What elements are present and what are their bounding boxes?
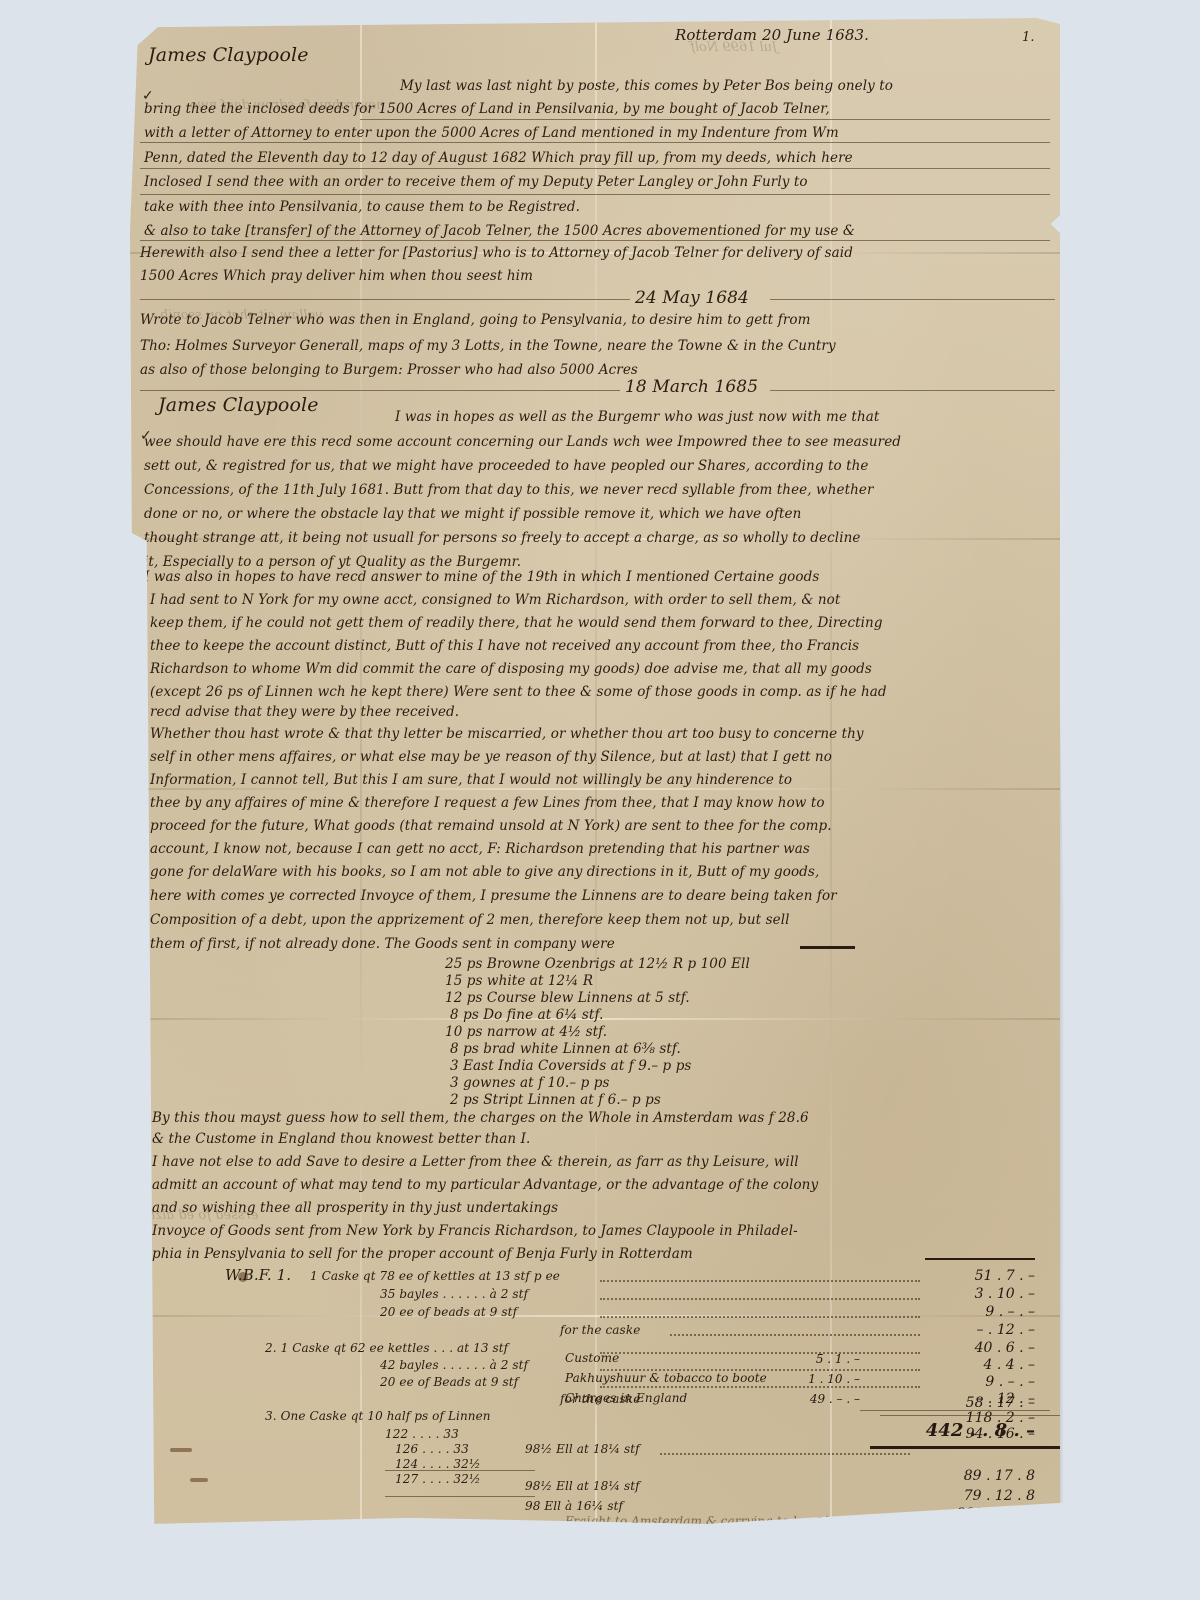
ink-stroke — [800, 946, 855, 949]
letter-line: I was also in hopes to have recd answer … — [144, 571, 819, 585]
ruled-line — [140, 168, 1050, 169]
letter-line: wee should have ere this recd some accou… — [144, 436, 901, 450]
invoice-row-amount: 9 . – . – — [920, 1304, 1035, 1320]
leader-dots — [600, 1280, 920, 1282]
goods-item: 8 ps brad white Linnen at 6⅜ stf. — [450, 1043, 681, 1057]
letter-line: Concessions, of the 11th July 1681. Butt… — [144, 484, 874, 498]
ink-stroke — [925, 1258, 1035, 1260]
ruled-line — [140, 299, 630, 300]
goods-item: 3 gownes at f 10.– p ps — [450, 1077, 609, 1091]
invoice-row-label: 2. 1 Caske qt 62 ee kettles . . . at 13 … — [265, 1342, 508, 1354]
letter-line: & the Custome in England thou knowest be… — [152, 1133, 530, 1147]
linen-total: 333 . 11 . – — [920, 1506, 1035, 1522]
invoice-row-amount: 3 . 10 . – — [920, 1286, 1035, 1302]
invoice-row-amount: 9 . – . – — [920, 1374, 1035, 1390]
linen-piece: 127 . . . . 32½ — [395, 1473, 481, 1485]
letter-line: keep them, if he could not gett them of … — [150, 617, 883, 631]
letter-line: thee to keepe the account distinct, Butt… — [150, 640, 859, 654]
linen-amount: 79 . 12 . 8 — [920, 1488, 1035, 1504]
letter-line: here with comes ye corrected Invoyce of … — [150, 890, 837, 904]
invoice-title: phia in Pensylvania to sell for the prop… — [152, 1248, 693, 1262]
invoice-row-label: 3. One Caske qt 10 half ps of Linnen — [265, 1410, 491, 1422]
ruled-line — [140, 142, 1050, 143]
letter-line: 1500 Acres Which pray deliver him when t… — [140, 270, 533, 284]
leader-dots — [600, 1316, 920, 1318]
letter-line: & also to take [transfer] of the Attorne… — [144, 225, 855, 239]
goods-item: 25 ps Browne Ozenbrigs at 12½ R p 100 El… — [445, 958, 750, 972]
letter-line: self in other mens affaires, or what els… — [150, 751, 832, 765]
letter-line: thee by any affaires of mine & therefore… — [150, 797, 825, 811]
goods-item: 10 ps narrow at 4½ stf. — [445, 1026, 607, 1040]
goods-item: 12 ps Course blew Linnens at 5 stf. — [445, 992, 690, 1006]
letter-date: 18 March 1685 — [625, 379, 758, 396]
letter-line: them of first, if not already done. The … — [150, 938, 615, 952]
entry-line: Wrote to Jacob Telner who was then in En… — [140, 314, 811, 328]
letter-line: Whether thou hast wrote & that thy lette… — [150, 728, 864, 742]
letter-line: account, I know not, because I can gett … — [150, 843, 810, 857]
leader-dots — [660, 1453, 910, 1455]
letter-line: I had sent to N York for my owne acct, c… — [150, 594, 840, 608]
leader-dots — [600, 1298, 920, 1300]
sum-line — [385, 1496, 535, 1497]
invoice-row-amount: 51 . 7 . – — [920, 1268, 1035, 1284]
invoice-mark: W.B.F. 1. — [225, 1268, 291, 1283]
invoice-row-label: 35 bayles . . . . . . à 2 stf — [380, 1288, 528, 1300]
invoice-row-label: 42 bayles . . . . . . à 2 stf — [380, 1359, 528, 1371]
letter-line: admitt an account of what may tend to my… — [152, 1179, 818, 1193]
ink-stroke — [170, 1448, 192, 1452]
ruled-line — [140, 194, 1050, 195]
linen-summary: 98½ Ell at 18¼ stf — [525, 1480, 640, 1492]
letter-line: thought strange att, it being not usuall… — [144, 532, 861, 546]
goods-item: 2 ps Stript Linnen at f 6.– p ps — [450, 1094, 661, 1108]
ruled-line — [140, 390, 620, 391]
leader-dots — [670, 1334, 920, 1336]
leader-dots — [600, 1386, 920, 1388]
letter-line: bring thee the inclosed deeds for 1500 A… — [144, 103, 830, 117]
letter-line: I have not else to add Save to desire a … — [152, 1156, 799, 1170]
invoice-title: Invoyce of Goods sent from New York by F… — [152, 1225, 798, 1239]
letter-line: Herewith also I send thee a letter for [… — [140, 247, 853, 261]
ruled-line — [770, 390, 1055, 391]
linen-summary: 98½ Ell at 18¼ stf — [525, 1443, 640, 1455]
linen-piece: 126 . . . . 33 — [395, 1443, 469, 1455]
letter-place-date: Rotterdam 20 June 1683. — [675, 28, 869, 43]
goods-item: 3 East India Coversids at f 9.– p ps — [450, 1060, 691, 1074]
underline — [360, 119, 1050, 120]
invoice-row-label: for the caske — [560, 1393, 640, 1405]
letter-line: with a letter of Attorney to enter upon … — [144, 127, 839, 141]
letter-line: Inclosed I send thee with an order to re… — [144, 176, 808, 190]
linen-piece: 122 . . . . 33 — [385, 1428, 459, 1440]
letter-line: and so wishing thee all prosperity in th… — [152, 1202, 558, 1216]
letter-line: Composition of a debt, upon the apprizem… — [150, 914, 790, 928]
invoice-subtotal: 94 . 16 . – — [920, 1426, 1035, 1442]
letter-line: By this thou mayst guess how to sell the… — [152, 1112, 809, 1126]
letter-line: take with thee into Pensilvania, to caus… — [144, 201, 580, 215]
entry-line: Tho: Holmes Surveyor Generall, maps of m… — [140, 340, 836, 354]
charge-amount: 3 . 6 . – — [785, 1515, 860, 1529]
invoice-row-amount: – . 12 . – — [920, 1322, 1035, 1338]
letter-line: sett out, & registred for us, that we mi… — [144, 460, 869, 474]
total-line — [860, 1526, 1050, 1528]
goods-item: 15 ps white at 12¼ R — [445, 975, 593, 989]
letter-line: Penn, dated the Eleventh day to 12 day o… — [144, 152, 853, 166]
linen-amount: 89 . 17 . 8 — [920, 1468, 1035, 1484]
letter-addressee: James Claypoole — [158, 396, 319, 415]
invoice-subtotal: 118 . 2 . – — [920, 1410, 1035, 1426]
invoice-row-label: for the caske — [560, 1324, 640, 1336]
invoice-row-amount: 40 . 6 . – — [920, 1340, 1035, 1356]
letter-line: I was in hopes as well as the Burgemr wh… — [395, 411, 879, 425]
entry-date: 24 May 1684 — [635, 290, 749, 307]
letter-line: Richardson to whome Wm did commit the ca… — [150, 663, 872, 677]
linen-piece: 124 . . . . 32½ — [395, 1458, 481, 1470]
letter-line: done or no, or where the obstacle lay th… — [144, 508, 801, 522]
page-number: 1. — [1022, 31, 1035, 44]
ink-stroke — [190, 1478, 208, 1482]
letter-line: (except 26 ps of Linnen wch he kept ther… — [150, 686, 887, 700]
manuscript-page: Jul 1699 Nolf noysrabnu fo sdrow daef nw… — [130, 18, 1060, 1533]
invoice-row-label: 20 ee of Beads at 9 stf — [380, 1376, 518, 1388]
entry-line: as also of those belonging to Burgem: Pr… — [140, 364, 638, 378]
letter-line: gone for delaWare with his books, so I a… — [150, 866, 819, 880]
linen-summary: 98 Ell à 16¼ stf — [525, 1500, 623, 1512]
ruled-line — [140, 240, 1050, 241]
invoice-row-label: 1 Caske qt 78 ee of kettles at 13 stf p … — [310, 1270, 560, 1282]
letter-line: Information, I cannot tell, But this I a… — [150, 774, 792, 788]
invoice-row-label: 20 ee of beads at 9 stf — [380, 1306, 517, 1318]
invoice-row-amount: 4 . 4 . – — [920, 1357, 1035, 1373]
letter-addressee: James Claypoole — [148, 46, 309, 65]
leader-dots — [600, 1352, 920, 1354]
leader-dots — [600, 1369, 920, 1371]
goods-item: 8 ps Do fine at 6¼ stf. — [450, 1009, 603, 1023]
sum-line — [385, 1470, 535, 1471]
letter-line: My last was last night by poste, this co… — [400, 80, 893, 94]
letter-line: proceed for the future, What goods (that… — [150, 820, 832, 834]
invoice-row-amount: – . 12 . – — [920, 1391, 1035, 1407]
letter-line: recd advise that they were by thee recei… — [150, 706, 459, 720]
letter-line: it, Especially to a person of yt Quality… — [144, 556, 521, 570]
ruled-line — [770, 299, 1055, 300]
